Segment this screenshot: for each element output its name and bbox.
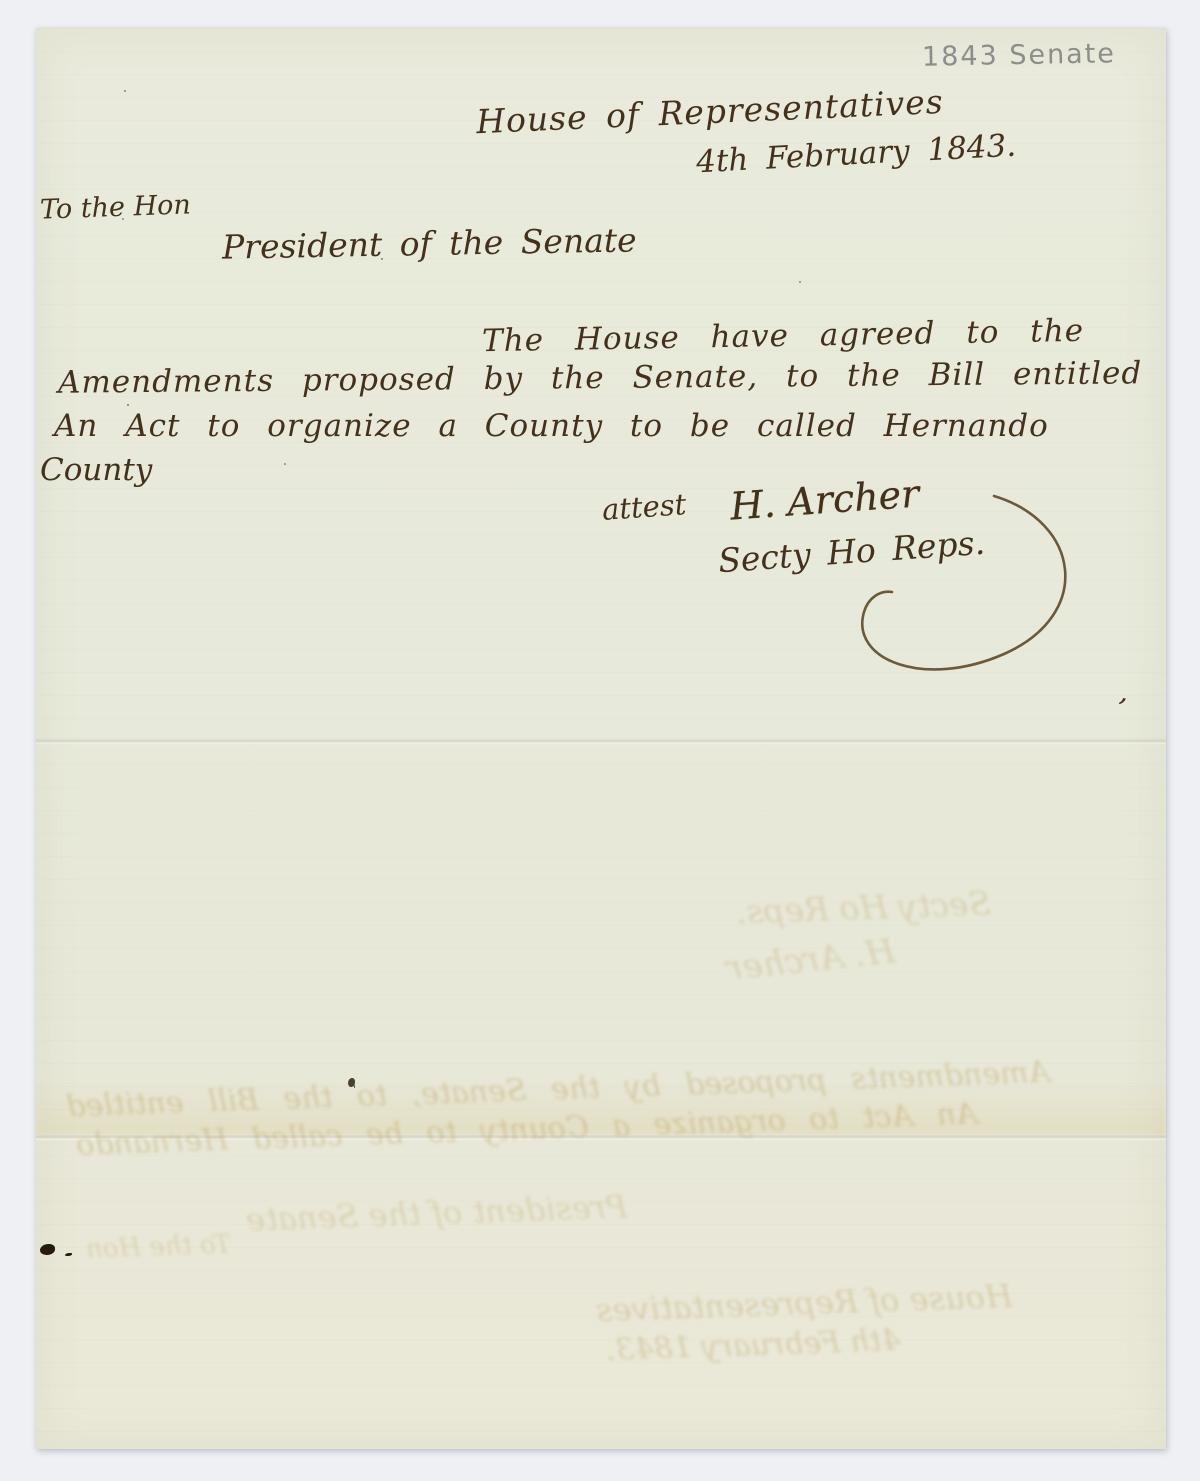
scan-background: { "scan": { "archival_note": "1843 Senat…	[0, 0, 1200, 1481]
bleedthrough-salutation-recipient: President of the Senate	[245, 1187, 628, 1238]
stray-ink-mark: ’	[1112, 691, 1129, 725]
bleedthrough-signature-title: Secty Ho Reps.	[735, 884, 991, 932]
bleedthrough-heading-place: House of Representatives	[595, 1277, 1013, 1330]
fold-crease-upper	[36, 738, 1166, 745]
body-line-3: An Act to organize a County to be called…	[54, 408, 1049, 444]
bleedthrough-heading-date: 4th February 1843.	[605, 1323, 900, 1368]
signature-flourish	[712, 464, 1108, 704]
ink-specks	[36, 28, 38, 30]
body-line-4: County	[40, 452, 152, 488]
ink-blot-large	[40, 1244, 55, 1255]
bleedthrough-salutation-honorific: To the Hon	[86, 1229, 232, 1264]
attest-label: attest	[601, 487, 687, 527]
archival-annotation: 1843 Senate	[922, 38, 1116, 72]
salutation-recipient: President of the Senate	[222, 220, 637, 266]
letter-heading-date: 4th February 1843.	[695, 128, 1017, 181]
letter-heading-place: House of Representatives	[475, 82, 944, 141]
body-line-1: The House have agreed to the	[482, 313, 1085, 360]
salutation-honorific: To the Hon	[40, 189, 192, 225]
bleedthrough-signature-name: H. Archer	[724, 931, 897, 988]
letter-page: 1843 Senate House of Representatives 4th…	[36, 28, 1166, 1449]
body-line-2: Amendments proposed by the Senate, to th…	[58, 355, 1143, 400]
